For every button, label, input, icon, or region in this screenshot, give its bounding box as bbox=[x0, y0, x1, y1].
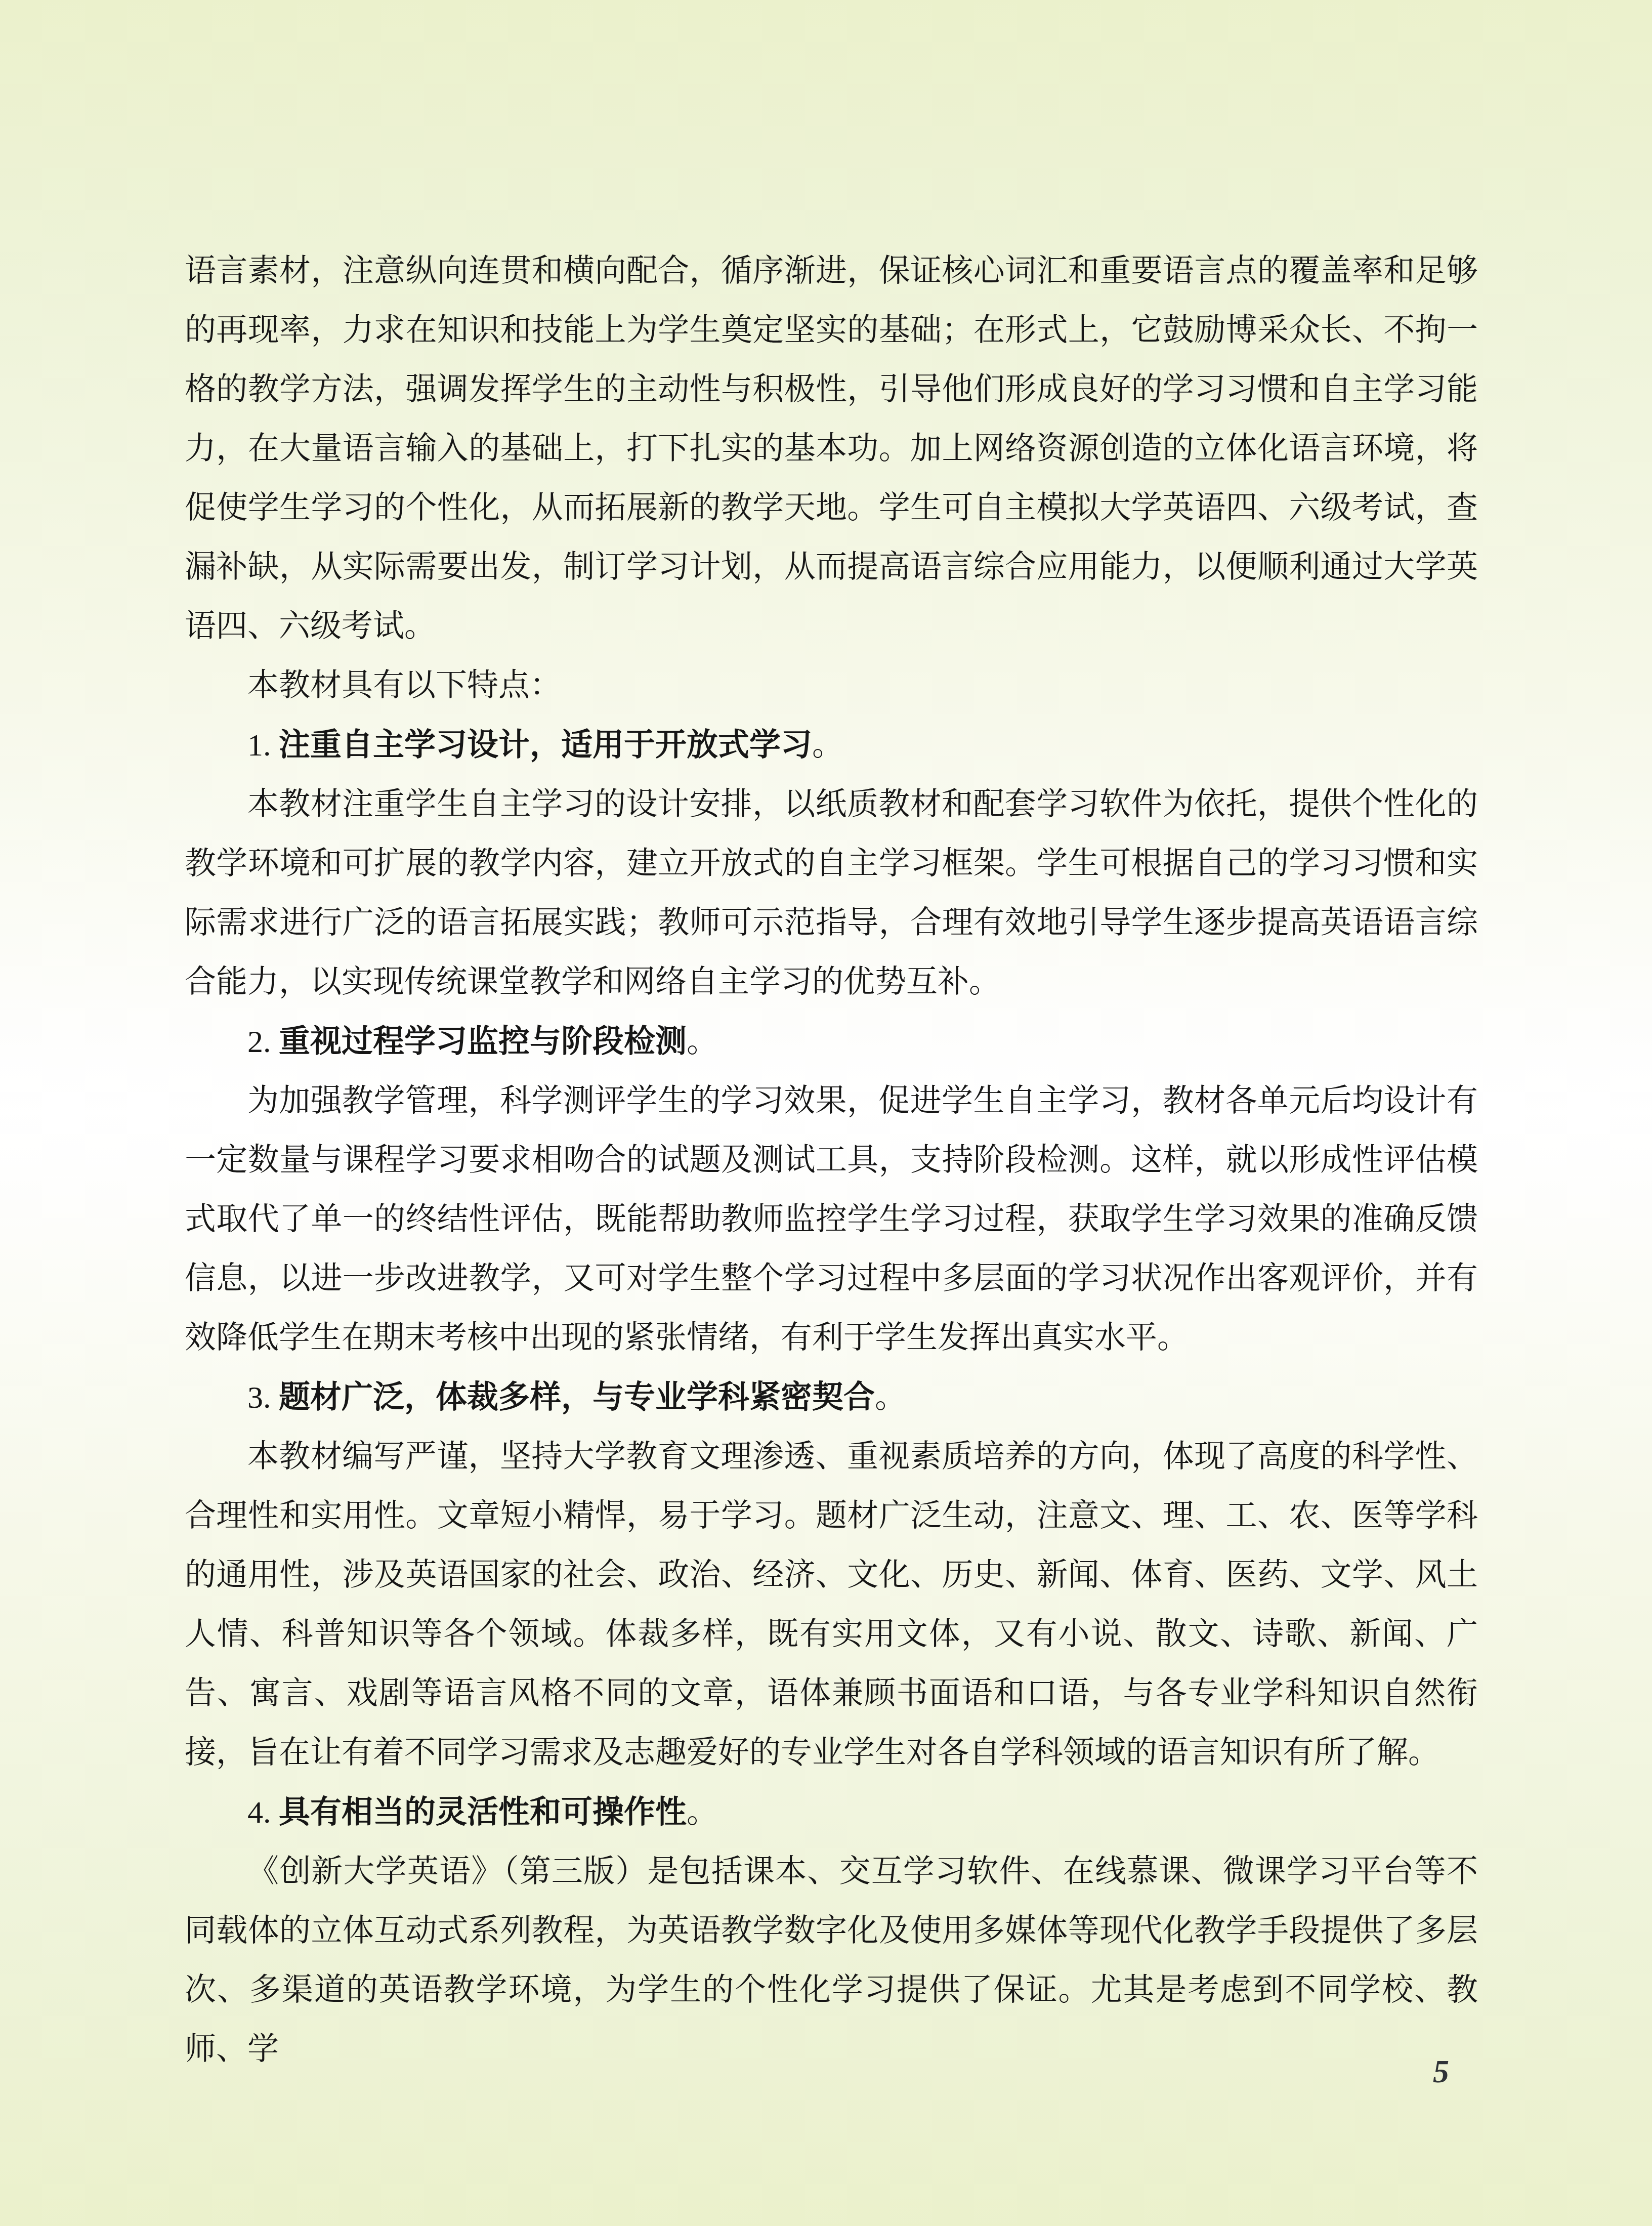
feature-heading-3-title: 题材广泛，体裁多样，与专业学科紧密契合 bbox=[279, 1380, 875, 1415]
feature-heading-3-period: 。 bbox=[875, 1380, 906, 1415]
page-number: 5 bbox=[1421, 2053, 1461, 2090]
feature-heading-3-number: 3. bbox=[247, 1380, 279, 1415]
feature-heading-2-period: 。 bbox=[687, 1025, 718, 1059]
feature-2-paragraph: 为加强教学管理，科学测评学生的学习效果，促进学生自主学习，教材各单元后均设计有一… bbox=[185, 1072, 1478, 1368]
feature-heading-1: 1. 注重自主学习设计，适用于开放式学习。 bbox=[185, 716, 1478, 775]
page-text-area: 语言素材，注意纵向连贯和横向配合，循序渐进，保证核心词汇和重要语言点的覆盖率和足… bbox=[185, 242, 1478, 2079]
feature-heading-1-period: 。 bbox=[812, 728, 843, 763]
feature-heading-2-number: 2. bbox=[247, 1025, 279, 1059]
feature-heading-1-title: 注重自主学习设计，适用于开放式学习 bbox=[279, 728, 812, 763]
feature-heading-4-period: 。 bbox=[687, 1795, 718, 1830]
features-intro-paragraph: 本教材具有以下特点： bbox=[185, 656, 1478, 716]
feature-3-paragraph: 本教材编写严谨，坚持大学教育文理渗透、重视素质培养的方向，体现了高度的科学性、合… bbox=[185, 1427, 1478, 1783]
feature-heading-3: 3. 题材广泛，体裁多样，与专业学科紧密契合。 bbox=[185, 1368, 1478, 1427]
feature-heading-2-title: 重视过程学习监控与阶段检测 bbox=[279, 1024, 687, 1059]
feature-heading-2: 2. 重视过程学习监控与阶段检测。 bbox=[185, 1012, 1478, 1072]
feature-heading-4-number: 4. bbox=[247, 1795, 279, 1830]
feature-heading-4: 4. 具有相当的灵活性和可操作性。 bbox=[185, 1783, 1478, 1842]
feature-heading-1-number: 1. bbox=[247, 728, 279, 763]
feature-4-paragraph: 《创新大学英语》（第三版）是包括课本、交互学习软件、在线慕课、微课学习平台等不同… bbox=[185, 1842, 1478, 2079]
feature-heading-4-title: 具有相当的灵活性和可操作性 bbox=[279, 1795, 687, 1830]
feature-1-paragraph: 本教材注重学生自主学习的设计安排，以纸质教材和配套学习软件为依托，提供个性化的教… bbox=[185, 775, 1478, 1012]
body-paragraph-continuation: 语言素材，注意纵向连贯和横向配合，循序渐进，保证核心词汇和重要语言点的覆盖率和足… bbox=[185, 242, 1478, 656]
